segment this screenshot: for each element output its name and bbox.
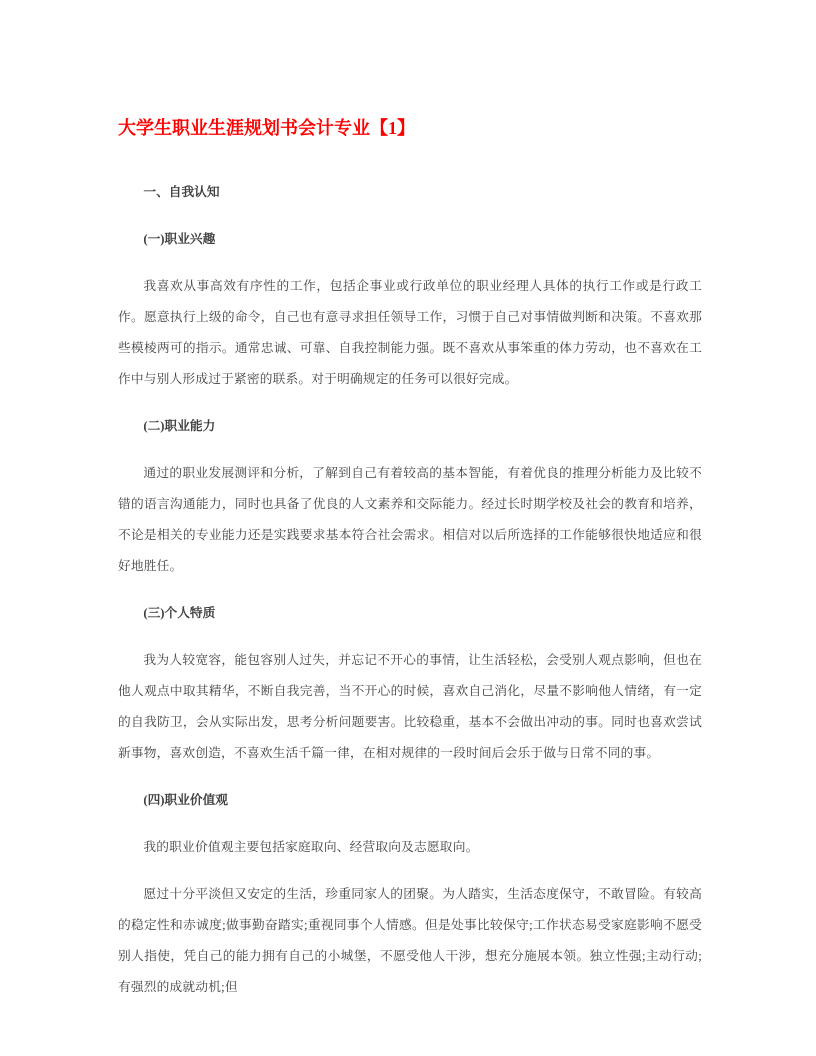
paragraph-personal-traits: 我为人较宽容，能包容别人过失，并忘记不开心的事情，让生活轻松，会受别人观点影响，… (118, 645, 702, 769)
paragraph-career-values-detail: 愿过十分平淡但又安定的生活，珍重同家人的团聚。为人踏实，生活态度保守，不敢冒险。… (118, 879, 702, 1003)
paragraph-career-ability: 通过的职业发展测评和分析，了解到自己有着较高的基本智能，有着优良的推理分析能力及… (118, 458, 702, 582)
subsection-heading-career-interest: (一)职业兴趣 (118, 224, 702, 255)
subsection-heading-personal-traits: (三)个人特质 (118, 598, 702, 629)
subsection-heading-career-ability: (二)职业能力 (118, 411, 702, 442)
document-title: 大学生职业生涯规划书会计专业【1】 (118, 116, 702, 140)
paragraph-career-interest: 我喜欢从事高效有序性的工作，包括企事业或行政单位的职业经理人具体的执行工作或是行… (118, 271, 702, 395)
document-page: 大学生职业生涯规划书会计专业【1】 一、自我认知 (一)职业兴趣 我喜欢从事高效… (0, 0, 816, 1056)
section-heading-self-cognition: 一、自我认知 (118, 177, 702, 208)
paragraph-career-values-intro: 我的职业价值观主要包括家庭取向、经营取向及志愿取向。 (118, 832, 702, 863)
subsection-heading-career-values: (四)职业价值观 (118, 785, 702, 816)
